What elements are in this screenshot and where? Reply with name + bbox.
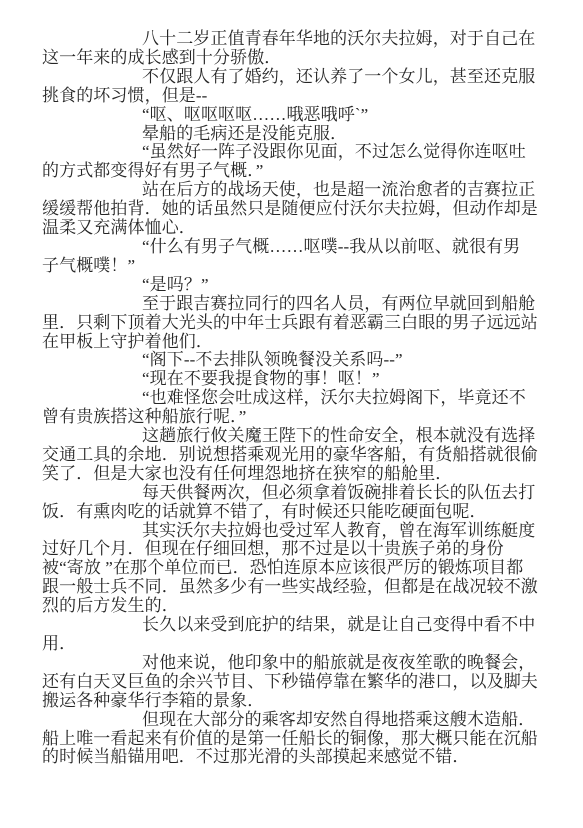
text-line: 交通工具的余地．别说想搭乘观光用的豪华客船，有货船搭就很偷 [42, 446, 555, 465]
text-line: “是吗？” [42, 276, 555, 295]
text-line: 但现在大部分的乘客却安然自得地搭乘这艘木造船． [42, 711, 555, 730]
text-line: 子气概噗！” [42, 257, 555, 276]
text-line: “虽然好一阵子没跟你见面，不过怎么觉得你连呕吐 [42, 143, 555, 162]
text-line: 烈的后方发生的． [42, 597, 555, 616]
text-line: 八十二岁正值青春年华地的沃尔夫拉姆，对于自己在 [42, 30, 555, 49]
text-line: 搬运各种豪华行李箱的景象． [42, 692, 555, 711]
text-line: 每天供餐两次，但必须拿着饭碗排着长长的队伍去打 [42, 484, 555, 503]
text-line: “什么有男子气概……呕噗--我从以前呕、就很有男 [42, 238, 555, 257]
text-line: 对他来说，他印象中的船旅就是夜夜笙歌的晚餐会， [42, 654, 555, 673]
text-line: 挑食的坏习惯，但是-- [42, 87, 555, 106]
text-line: 其实沃尔夫拉姆也受过军人教育，曾在海军训练艇度 [42, 522, 555, 541]
text-line: 温柔又充满体恤心． [42, 219, 555, 238]
text-line: “呕、呕呕呕呕……哦恶哦呼`” [42, 106, 555, 125]
text-line: 用． [42, 635, 555, 654]
text-line: 长久以来受到庇护的结果，就是让自己变得中看不中 [42, 616, 555, 635]
novel-page: 八十二岁正值青春年华地的沃尔夫拉姆，对于自己在这一年来的成长感到十分骄傲．不仅跟… [0, 0, 583, 828]
text-line: 站在后方的战场天使，也是超一流治愈者的吉赛拉正 [42, 181, 555, 200]
text-line: 这趟旅行攸关魔王陛下的性命安全，根本就没有选择 [42, 427, 555, 446]
text-line: 不仅跟人有了婚约，还认养了一个女儿，甚至还克服 [42, 68, 555, 87]
text-line: 被“寄放 ”在那个单位而已．恐怕连原本应该很严厉的锻炼项目都 [42, 559, 555, 578]
text-line: 在甲板上守护着他们． [42, 333, 555, 352]
text-line: 至于跟吉赛拉同行的四名人员，有两位早就回到船舱 [42, 295, 555, 314]
text-line: 笑了．但是大家也没有任何埋怨地挤在狭窄的船舱里． [42, 465, 555, 484]
text-line: “也难怪您会吐成这样，沃尔夫拉姆阁下，毕竟还不 [42, 389, 555, 408]
text-line: “现在不要我提食物的事！呕！” [42, 370, 555, 389]
text-line: 缓缓帮他拍背．她的话虽然只是随便应付沃尔夫拉姆，但动作却是 [42, 200, 555, 219]
text-line: 的方式都变得好有男子气概．” [42, 162, 555, 181]
text-line: 的时候当船锚用吧．不过那光滑的头部摸起来感觉不错． [42, 748, 555, 767]
text-line: “阁下--不去排队领晚餐没关系吗--” [42, 351, 555, 370]
text-block: 八十二岁正值青春年华地的沃尔夫拉姆，对于自己在这一年来的成长感到十分骄傲．不仅跟… [42, 30, 555, 767]
text-line: 曾有贵族搭这种船旅行呢．” [42, 408, 555, 427]
text-line: 跟一般士兵不同．虽然多少有一些实战经验，但都是在战况较不激 [42, 578, 555, 597]
text-line: 这一年来的成长感到十分骄傲． [42, 49, 555, 68]
text-line: 过好几个月．但现在仔细回想，那不过是以十贵族子弟的身份 [42, 540, 555, 559]
text-line: 船上唯一看起来有价值的是第一任船长的铜像，那大概只能在沉船 [42, 730, 555, 749]
text-line: 晕船的毛病还是没能克服． [42, 125, 555, 144]
text-line: 饭．有熏肉吃的话就算不错了，有时候还只能吃硬面包呢． [42, 503, 555, 522]
text-line: 还有白天叉巨鱼的余兴节目、下秒锚停靠在繁华的港口，以及脚夫 [42, 673, 555, 692]
text-line: 里．只剩下顶着大光头的中年士兵跟有着恶霸三白眼的男子远远站 [42, 314, 555, 333]
